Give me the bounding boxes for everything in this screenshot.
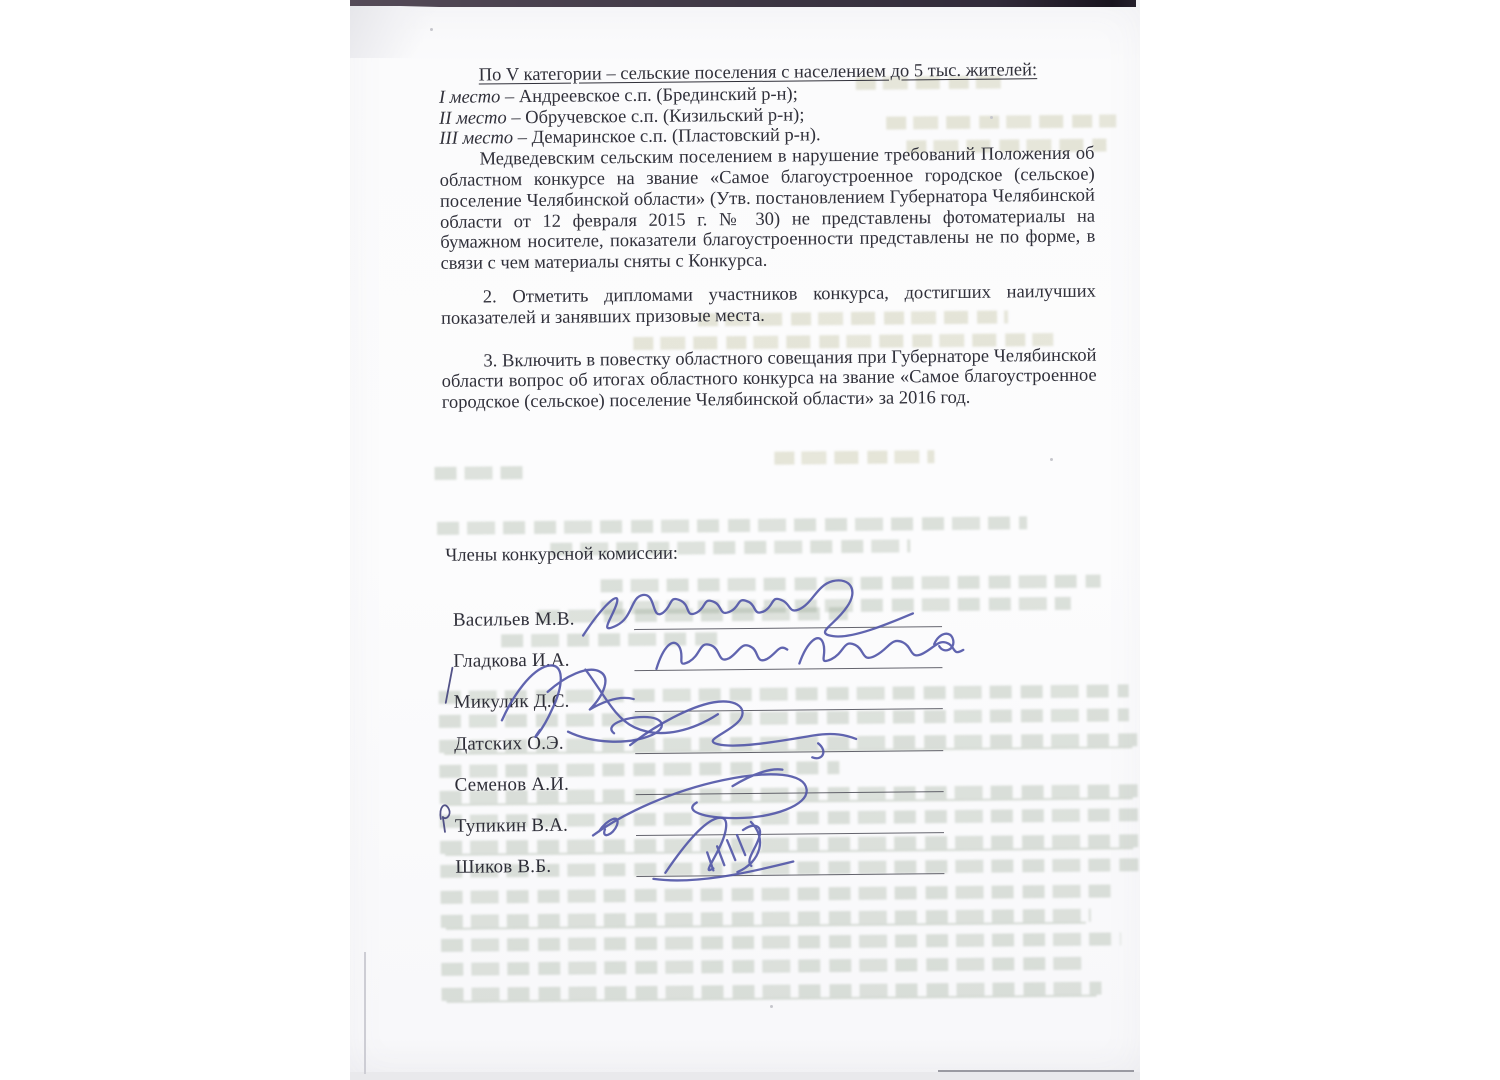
bleed-through-line: [774, 450, 934, 465]
signature-line: [636, 832, 944, 836]
bleed-through-line: [441, 982, 1101, 1001]
member-name: Микулик Д.С.: [454, 691, 570, 713]
bleed-through-line: [601, 575, 1101, 593]
resolution-item-3: 3. Включить в повестку областного совеща…: [441, 345, 1097, 414]
member-name: Васильев М.В.: [453, 609, 575, 631]
bleed-through-line: [441, 932, 1121, 952]
member-name: Тупикин В.А.: [455, 815, 568, 837]
scanned-document: По V категории – сельские поселения с на…: [0, 0, 1500, 1080]
commission-member-row: Микулик Д.С.: [454, 691, 570, 722]
scanner-bottom-edge: [350, 1072, 1140, 1080]
violation-paragraph: Медведевским сельским поселением в наруш…: [439, 144, 1095, 275]
member-name: Гладкова И.А.: [453, 650, 570, 672]
page-bottom-edge-line: [938, 1070, 1134, 1072]
scan-speck: [1050, 458, 1053, 461]
commission-heading: Члены конкурсной комиссии:: [445, 544, 678, 567]
commission-member-row: Шиков В.Б.: [455, 856, 551, 887]
commission-member-row: Васильев М.В.: [453, 609, 575, 640]
signature-gladkova-2: [799, 634, 963, 664]
places-list: I место – Андреевское с.п. (Брединский р…: [439, 81, 1095, 150]
commission-member-row: Тупикин В.А.: [455, 815, 568, 846]
page-fold-line: [364, 952, 366, 1074]
document-body-text: По V категории – сельские поселения с на…: [439, 60, 1097, 414]
signature-gladkova-1: [656, 642, 787, 669]
document-page: По V категории – сельские поселения с на…: [350, 0, 1140, 1080]
signature-line: [634, 667, 942, 671]
bleed-through-line: [538, 607, 848, 623]
commission-member-row: Датских О.Э.: [454, 732, 564, 763]
page-corner-fold: [350, 6, 470, 58]
member-name: Шиков В.Б.: [455, 856, 551, 878]
member-name: Семенов А.И.: [454, 773, 569, 795]
bleed-through-line: [441, 909, 1091, 928]
bleed-through-line: [441, 885, 1111, 904]
scan-speck: [430, 28, 433, 31]
scan-speck: [990, 116, 993, 119]
signature-line: [634, 626, 942, 630]
resolution-item-2: 2. Отметить дипломами участников конкурс…: [441, 282, 1096, 330]
commission-member-row: Семенов А.И.: [454, 773, 569, 804]
page-content: По V категории – сельские поселения с на…: [345, 0, 1145, 1080]
bleed-through-line: [434, 466, 529, 480]
member-name: Датских О.Э.: [454, 732, 564, 754]
commission-member-row: Гладкова И.А.: [453, 650, 570, 681]
bleed-through-line: [441, 957, 1081, 976]
scan-speck: [770, 1005, 773, 1008]
bleed-through-line: [437, 516, 1027, 535]
